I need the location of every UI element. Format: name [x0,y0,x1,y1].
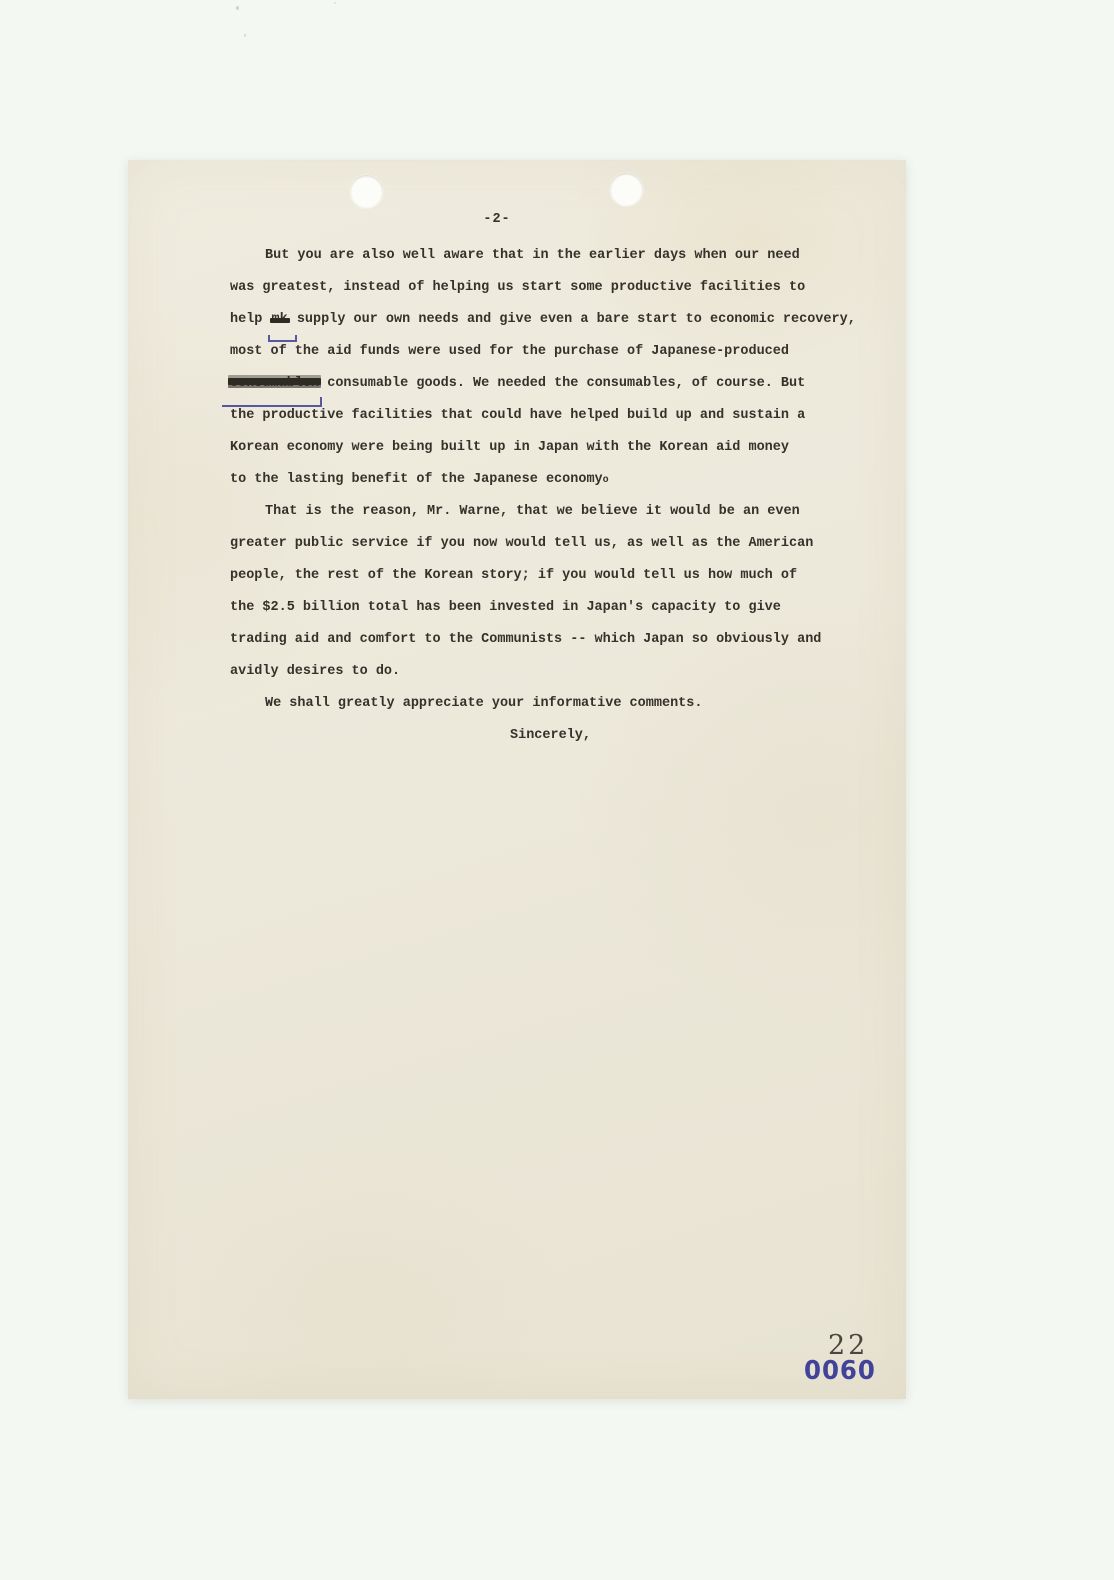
text-run: consumable goods. We needed the consumab… [319,376,805,391]
text-run: But you are also well aware that in the … [265,248,800,263]
text-run: the $2.5 billion total has been invested… [230,600,781,615]
text-line: to the lasting benefit of the Japanese e… [230,464,870,496]
text-line: people, the rest of the Korean story; if… [230,560,870,592]
text-run: We shall greatly appreciate your informa… [265,696,702,711]
punch-hole-left [350,175,383,208]
text-run: was greatest, instead of helping us star… [230,280,805,295]
struck-word: mk [271,304,289,336]
text-line: We shall greatly appreciate your informa… [230,688,870,720]
period-o: o [603,475,609,486]
text-line: greater public service if you now would … [230,528,870,560]
text-run: avidly desires to do. [230,664,400,679]
letter-body: But you are also well aware that in the … [230,240,870,720]
text-line: avidly desires to do. [230,656,870,688]
blacked-word: consumablex [230,368,319,400]
text-run: people, the rest of the Korean story; if… [230,568,797,583]
text-line: But you are also well aware that in the … [230,240,870,272]
text-line: help mk supply our own needs and give ev… [230,304,870,336]
control-number-stamp: 0060 [804,1356,876,1386]
text-run: most of the aid funds were used for the … [230,344,789,359]
text-line: trading aid and comfort to the Communist… [230,624,870,656]
text-line: the $2.5 billion total has been invested… [230,592,870,624]
text-run: greater public service if you now would … [230,536,813,551]
text-run: That is the reason, Mr. Warne, that we b… [265,504,800,519]
text-run: supply our own needs and give even a bar… [289,312,856,327]
text-line: the productive facilities that could hav… [230,400,870,432]
text-run: Korean economy were being built up in Ja… [230,440,789,455]
text-line: was greatest, instead of helping us star… [230,272,870,304]
text-line: consumablex consumable goods. We needed … [230,368,870,400]
text-run: trading aid and comfort to the Communist… [230,632,821,647]
text-line: That is the reason, Mr. Warne, that we b… [230,496,870,528]
text-run: help [230,312,271,327]
closing-salutation: Sincerely, [510,720,591,752]
text-run: to the lasting benefit of the Japanese e… [230,472,603,487]
text-line: Korean economy were being built up in Ja… [230,432,870,464]
scan-speck [244,34,246,37]
scan-speck [236,6,239,10]
text-run: the productive facilities that could hav… [230,408,805,423]
scan-speck [334,2,336,4]
text-line: most of the aid funds were used for the … [230,336,870,368]
letter-paper: -2- But you are also well aware that in … [128,160,906,1399]
page-number-header: -2- [128,212,866,227]
punch-hole-right [610,173,643,206]
